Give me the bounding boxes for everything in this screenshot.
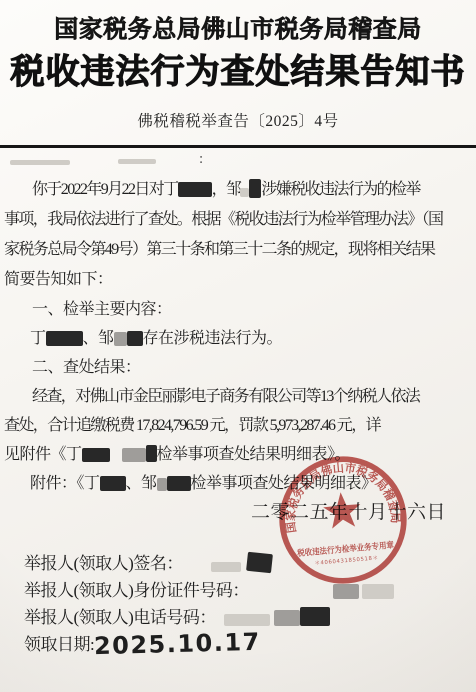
- paragraph-line: 简要告知如下：: [0, 265, 476, 295]
- body-text: 你于2022年9月22日对丁: [32, 181, 178, 198]
- redaction-block: [82, 448, 110, 462]
- body-text: ，邹: [212, 181, 241, 198]
- redaction-block: [10, 160, 70, 165]
- document-title: 税收违法行为查处结果告知书: [0, 51, 476, 93]
- redaction-block: [167, 476, 191, 491]
- body-text: 附件：《丁: [30, 475, 100, 492]
- paragraph-line: 事项，我局依法进行了查处。根据《税收违法行为检举管理办法》（国: [0, 205, 476, 235]
- phone-number-label: 举报人(领取人)电话号码：: [24, 608, 216, 627]
- paragraph-line: 经查，对佛山市金臣丽影电子商务有限公司等13个纳税人依法: [0, 382, 476, 411]
- paragraph-line: 家税务总局令第49号）第三十条和第三十二条的规定，现将相关结果: [0, 235, 476, 265]
- section-1-heading: 一、检举主要内容：: [0, 295, 476, 324]
- redaction-block: [146, 445, 157, 462]
- redaction-block: [157, 478, 167, 491]
- addressee-line: :: [0, 148, 476, 175]
- redaction-block: [300, 607, 330, 626]
- redaction-block: [362, 584, 394, 599]
- phone-number-line: 举报人(领取人)电话号码：: [0, 604, 476, 631]
- redaction-block: [114, 332, 127, 346]
- paragraph-line: 你于2022年9月22日对丁，邹涉嫌税收违法行为的检举: [0, 175, 476, 205]
- official-seal: 国家税务总局佛山市税务局稽查局 税收违法行为检举业务专用章 ＊406043185…: [270, 447, 415, 592]
- body-text: 涉嫌税收违法行为的检举: [261, 181, 419, 198]
- redaction-block: [46, 331, 83, 346]
- redaction-block: [118, 159, 156, 164]
- section-2-heading: 二、查处结果：: [0, 353, 476, 382]
- redaction-block: [127, 331, 143, 346]
- redaction-block: [240, 188, 249, 197]
- redaction-block: [178, 182, 212, 197]
- signature-label: 举报人(领取人)签名：: [24, 554, 183, 573]
- tax-notice-document: 国家税务总局佛山市税务局稽查局 税收违法行为查处结果告知书 佛税稽税举查告〔20…: [0, 0, 476, 692]
- redaction-block: [249, 179, 261, 198]
- body-text: 丁: [30, 330, 46, 347]
- redaction-block: [274, 610, 300, 626]
- redaction-block: [100, 476, 126, 491]
- receive-date-handwritten: 2025.10.17: [94, 629, 261, 660]
- redaction-block: [224, 614, 270, 626]
- id-number-label: 举报人(领取人)身份证件号码：: [24, 581, 249, 600]
- body-text: 、邹: [83, 330, 114, 347]
- paragraph-line: 查处，合计追缴税费 17,824,796.59 元，罚款 5,973,287.4…: [0, 411, 476, 440]
- seal-purpose-text: 税收违法行为检举业务专用章: [296, 540, 395, 559]
- section-1-content: 丁、邹存在涉税违法行为。: [0, 324, 476, 353]
- receive-date-label: 领取日期:: [24, 635, 94, 654]
- body-text: 、邹: [126, 475, 157, 492]
- redaction-block: [246, 552, 273, 574]
- redaction-block: [122, 448, 146, 462]
- agency-name: 国家税务总局佛山市税务局稽查局: [0, 0, 476, 44]
- document-number: 佛税稽税举查告〔2025〕4号: [0, 112, 476, 132]
- addressee-colon: :: [199, 151, 203, 168]
- redaction-block: [211, 562, 241, 572]
- seal-serial-number: ＊4060431850518＊: [314, 555, 378, 567]
- seal-star-icon: [322, 491, 362, 530]
- receive-date-line: 领取日期:2025.10.17: [0, 631, 476, 658]
- body-text: 见附件《丁: [4, 446, 82, 463]
- body-text: 存在涉税违法行为。: [143, 330, 283, 347]
